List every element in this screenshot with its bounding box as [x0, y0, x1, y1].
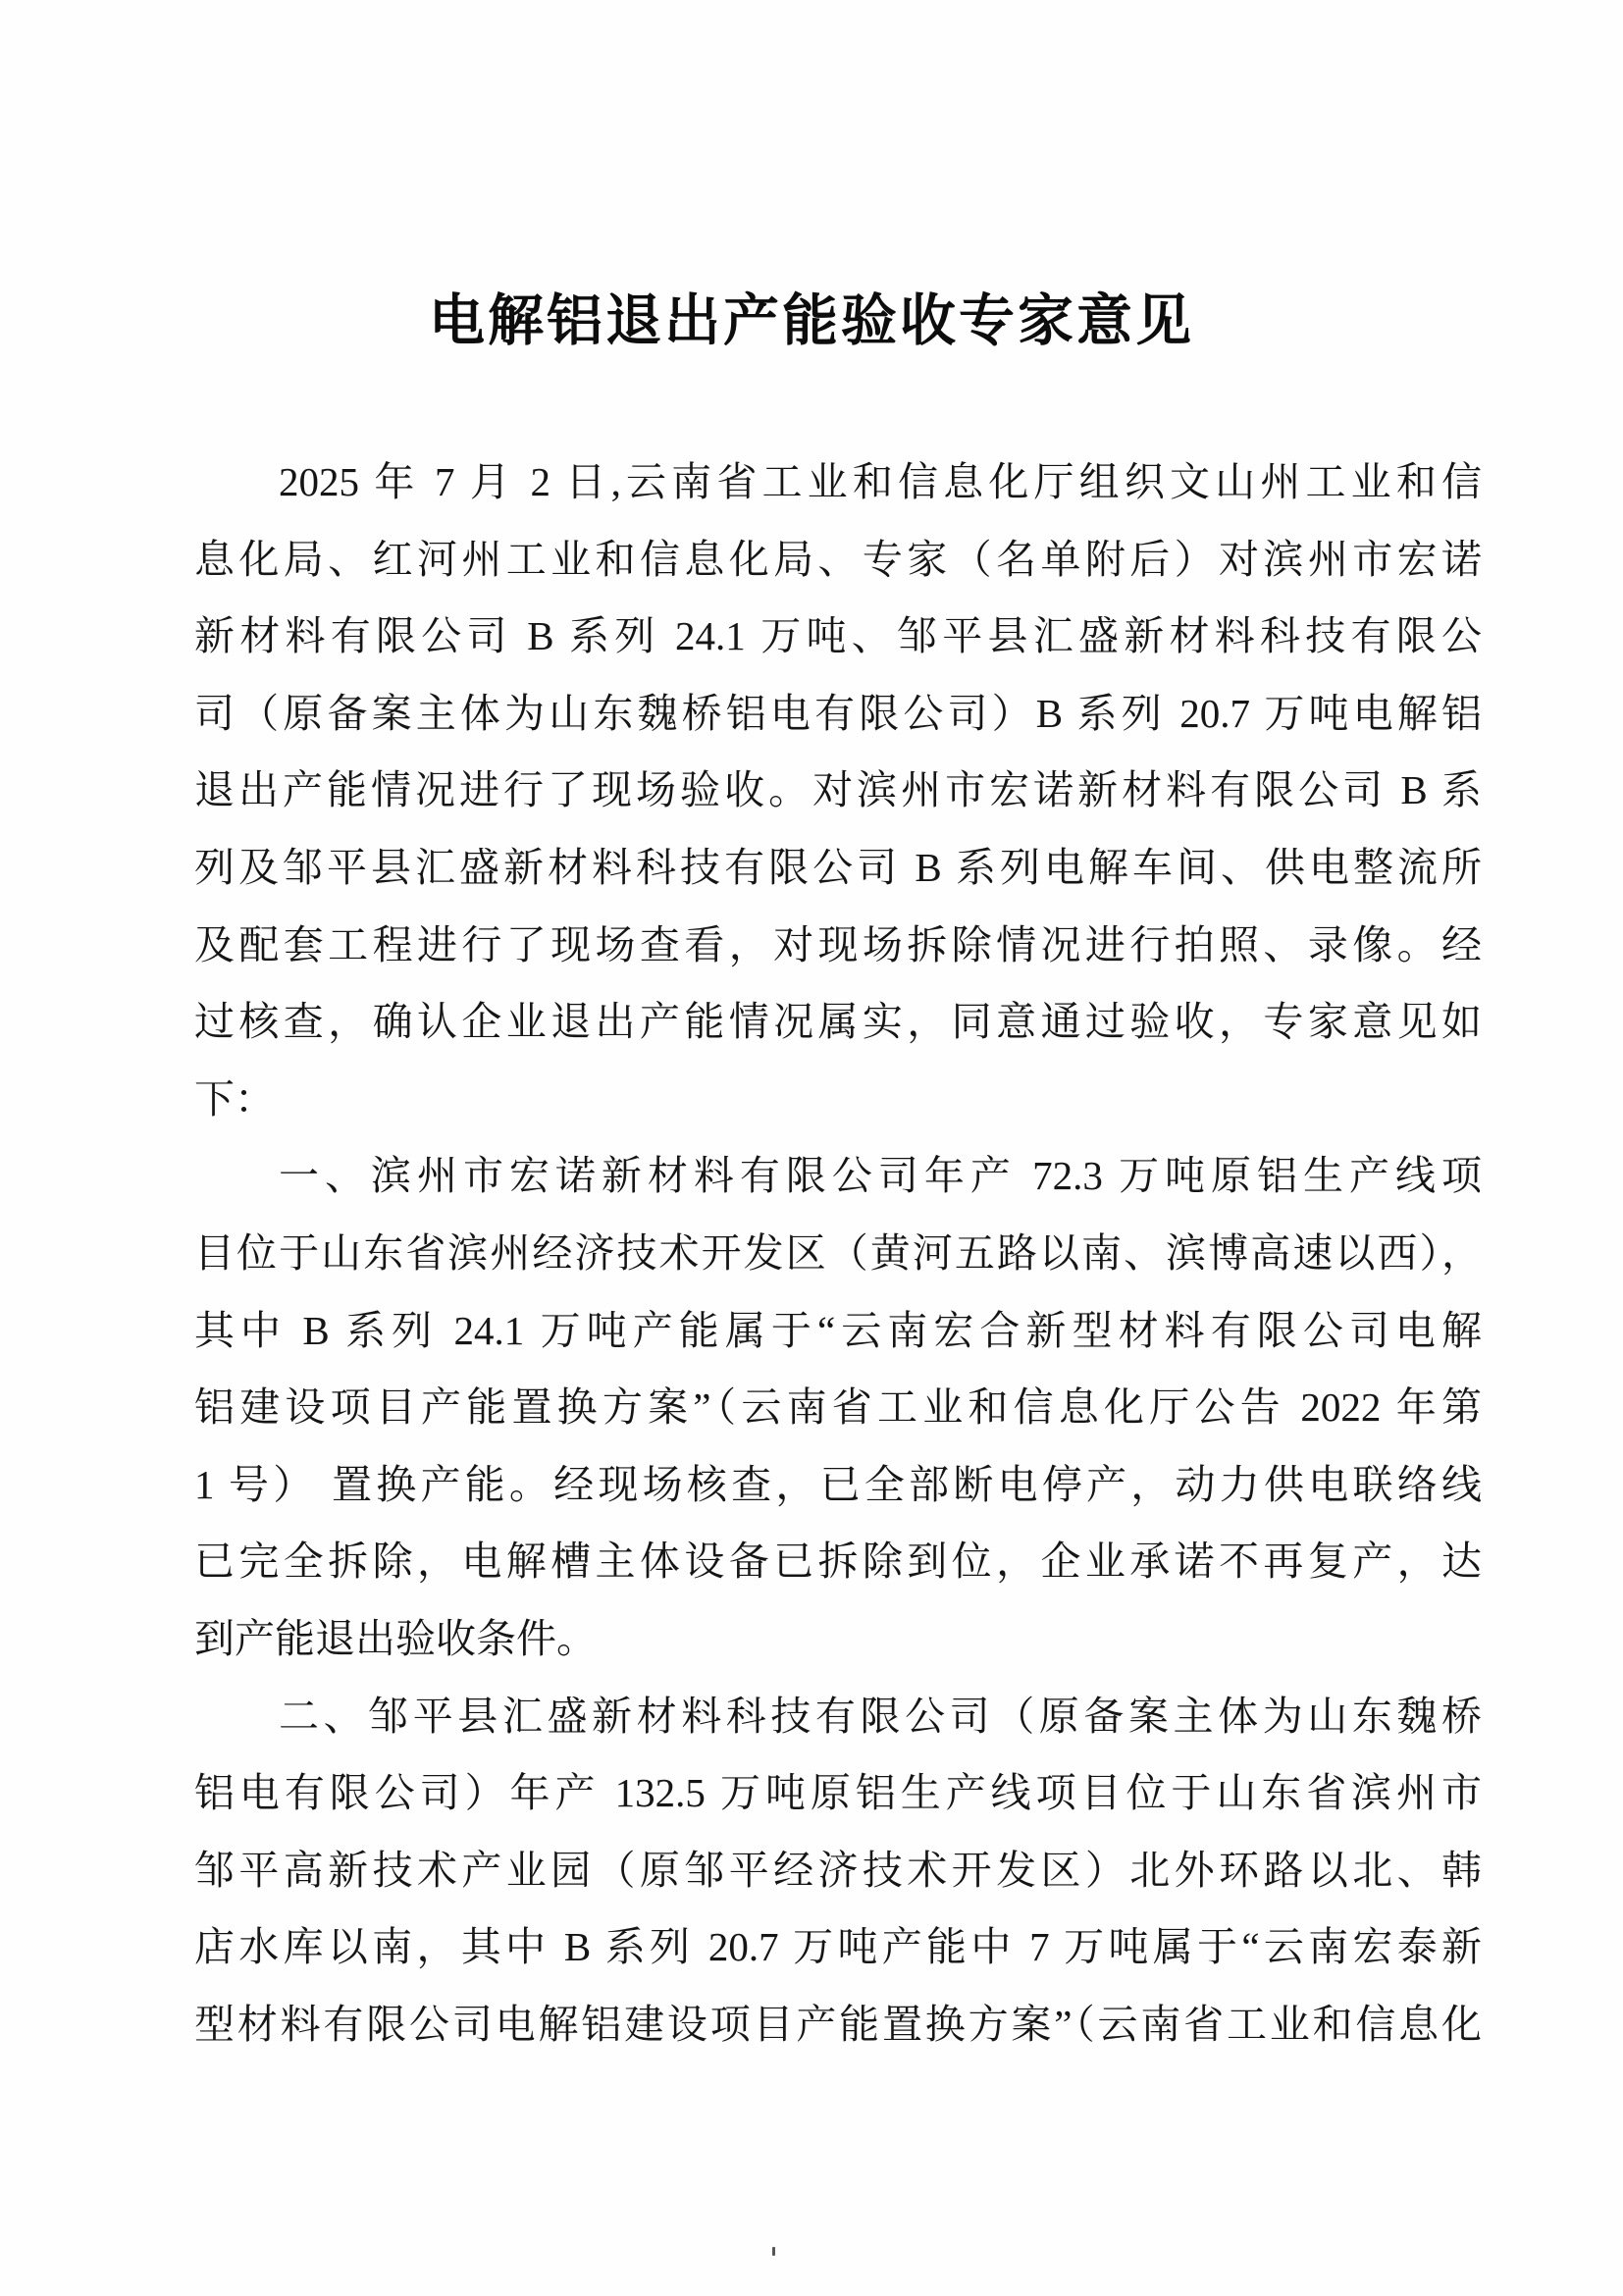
text-line: 退出产能情况进行了现场验收。对滨州市宏诺新材料有限公司 B 系: [194, 752, 1482, 829]
text-line: 及配套工程进行了现场查看，对现场拆除情况进行拍照、录像。经: [194, 907, 1482, 984]
text-line: 店水库以南，其中 B 系列 20.7 万吨产能中 7 万吨属于“云南宏泰新: [194, 1908, 1482, 1986]
text-line: 2025 年 7 月 2 日,云南省工业和信息化厅组织文山州工业和信: [194, 444, 1482, 521]
text-line: 铝建设项目产能置换方案”（云南省工业和信息化厅公告 2022 年第: [194, 1369, 1482, 1446]
text-line: 一、滨州市宏诺新材料有限公司年产 72.3 万吨原铝生产线项: [194, 1137, 1482, 1215]
text-line: 其中 B 系列 24.1 万吨产能属于“云南宏合新型材料有限公司电解: [194, 1292, 1482, 1370]
text-line: 息化局、红河州工业和信息化局、专家（名单附后）对滨州市宏诺: [194, 521, 1482, 599]
text-line: 二、邹平县汇盛新材料科技有限公司（原备案主体为山东魏桥: [194, 1678, 1482, 1755]
document-body: 2025 年 7 月 2 日,云南省工业和信息化厅组织文山州工业和信息化局、红河…: [194, 444, 1482, 2062]
text-line: 已完全拆除，电解槽主体设备已拆除到位，企业承诺不再复产，达: [194, 1523, 1482, 1600]
text-line: 型材料有限公司电解铝建设项目产能置换方案”（云南省工业和信息化: [194, 1986, 1482, 2063]
text-line: 到产能退出验收条件。: [194, 1600, 1482, 1678]
text-line: 1 号） 置换产能。经现场核查，已全部断电停产，动力供电联络线: [194, 1446, 1482, 1524]
text-line: 目位于山东省滨州经济技术开发区（黄河五路以南、滨博高速以西），: [194, 1215, 1482, 1292]
scan-artifact-speck: [772, 2247, 775, 2256]
text-line: 列及邹平县汇盛新材料科技有限公司 B 系列电解车间、供电整流所: [194, 829, 1482, 907]
text-line: 铝电有限公司）年产 132.5 万吨原铝生产线项目位于山东省滨州市: [194, 1754, 1482, 1832]
text-line: 过核查，确认企业退出产能情况属实，同意通过验收，专家意见如: [194, 983, 1482, 1061]
text-line: 司（原备案主体为山东魏桥铝电有限公司）B 系列 20.7 万吨电解铝: [194, 675, 1482, 753]
text-line: 下：: [194, 1061, 1482, 1138]
text-line: 邹平高新技术产业园（原邹平经济技术开发区）北外环路以北、韩: [194, 1832, 1482, 1909]
text-line: 新材料有限公司 B 系列 24.1 万吨、邹平县汇盛新材料科技有限公: [194, 598, 1482, 675]
document-title: 电解铝退出产能验收专家意见: [0, 276, 1623, 356]
document-page: 电解铝退出产能验收专家意见 2025 年 7 月 2 日,云南省工业和信息化厅组…: [0, 0, 1623, 2296]
